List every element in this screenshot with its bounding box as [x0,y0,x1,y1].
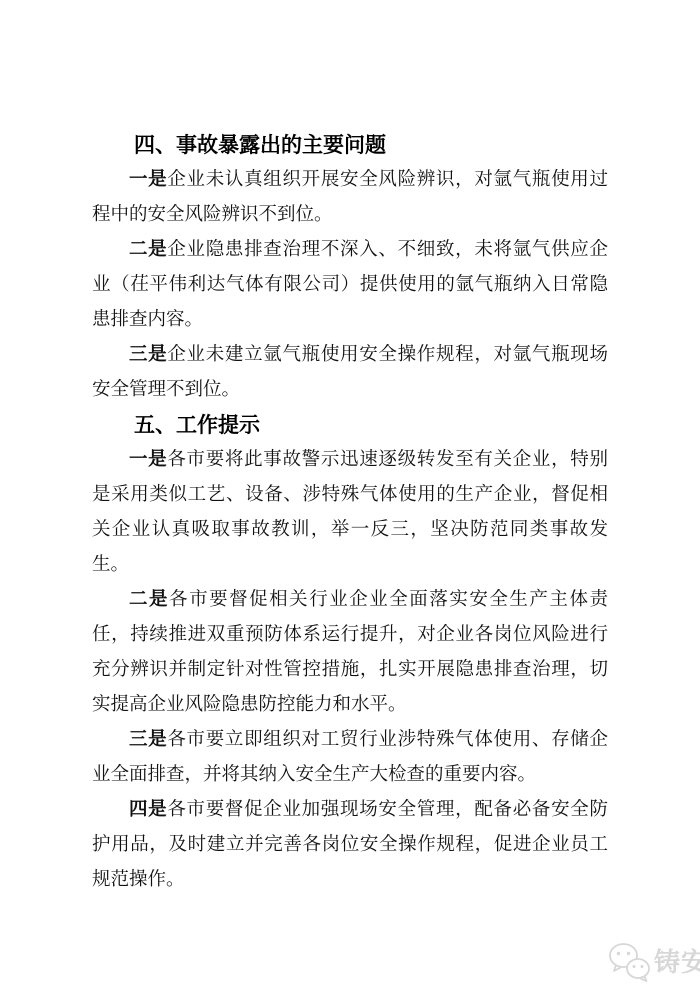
paragraph: 一是企业未认真组织开展安全风险辨识，对氩气瓶使用过程中的安全风险辨识不到位。 [92,163,608,233]
paragraph-lead: 二是 [129,240,167,260]
paragraph-text: 企业隐患排查治理不深入、不细致，未将氩气供应企业（茌平伟利达气体有限公司）提供使… [92,240,608,330]
wechat-icon [608,942,650,982]
paragraph: 一是各市要将此事故警示迅速逐级转发至有关企业，特别是采用类似工艺、设备、涉特殊气… [92,443,608,583]
paragraph-text: 各市要督促企业加强现场安全管理，配备必备安全防护用品，及时建立并完善各岗位安全操… [92,800,608,890]
paragraph-lead: 一是 [129,450,167,470]
paragraph: 二是各市要督促相关行业企业全面落实安全生产主体责任，持续推进双重预防体系运行提升… [92,583,608,723]
watermark-label: 铸安 [654,942,700,982]
paragraph: 四是各市要督促企业加强现场安全管理，配备必备安全防护用品，及时建立并完善各岗位安… [92,793,608,898]
paragraph: 三是企业未建立氩气瓶使用安全操作规程，对氩气瓶现场安全管理不到位。 [92,338,608,408]
paragraph-text: 企业未认真组织开展安全风险辨识，对氩气瓶使用过程中的安全风险辨识不到位。 [92,170,608,225]
section-heading-work-tips: 五、工作提示 [92,408,608,443]
watermark: 铸安 [608,942,700,982]
document-body: 四、事故暴露出的主要问题 一是企业未认真组织开展安全风险辨识，对氩气瓶使用过程中… [92,128,608,898]
paragraph-lead: 三是 [129,345,167,365]
paragraph-text: 各市要立即组织对工贸行业涉特殊气体使用、存储企业全面排查，并将其纳入安全生产大检… [92,730,608,785]
paragraph-lead: 二是 [129,590,169,610]
paragraph-text: 企业未建立氩气瓶使用安全操作规程，对氩气瓶现场安全管理不到位。 [92,345,608,400]
paragraph: 二是企业隐患排查治理不深入、不细致，未将氩气供应企业（茌平伟利达气体有限公司）提… [92,233,608,338]
section-heading-problems: 四、事故暴露出的主要问题 [92,128,608,163]
paragraph-text: 各市要将此事故警示迅速逐级转发至有关企业，特别是采用类似工艺、设备、涉特殊气体使… [92,450,608,575]
paragraph-text: 各市要督促相关行业企业全面落实安全生产主体责任，持续推进双重预防体系运行提升，对… [92,590,608,715]
paragraph-lead: 四是 [129,800,167,820]
document-page: 四、事故暴露出的主要问题 一是企业未认真组织开展安全风险辨识，对氩气瓶使用过程中… [0,0,700,990]
paragraph-lead: 三是 [129,730,167,750]
paragraph-lead: 一是 [129,170,167,190]
paragraph: 三是各市要立即组织对工贸行业涉特殊气体使用、存储企业全面排查，并将其纳入安全生产… [92,723,608,793]
